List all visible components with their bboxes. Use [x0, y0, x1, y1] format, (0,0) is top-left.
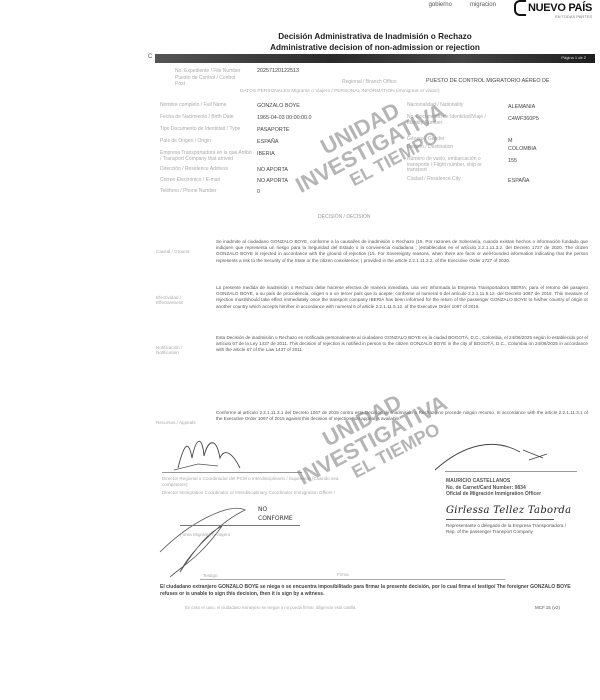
personal-field-value: 1965-04-03 00:00:00.0 — [257, 115, 312, 121]
coordinator-signature-line — [162, 472, 302, 473]
officer-signature-line — [445, 471, 577, 472]
witness-line — [200, 579, 505, 580]
logo-subtitle: EN TODAS PARTES — [555, 14, 592, 19]
personal-field-label: Teléfono / Phone Number — [160, 189, 252, 195]
page-number: Página 1 de 2 — [561, 55, 586, 60]
transport-rep-signature: Girlessa Tellez Taborda — [446, 505, 571, 516]
personal-field-label: Fecha de Nacimiento / Birth Date — [160, 115, 252, 121]
personal-field-label: Correo Electrónico / E-mail — [160, 178, 252, 184]
gov-logo: gobierno — [429, 2, 452, 8]
personal-field-value: ESPAÑA — [508, 178, 529, 184]
form-code: MCF.15 (v2) — [535, 605, 560, 610]
personal-field-value: 0 — [257, 189, 260, 195]
watermark-1: UNIDAD INVESTIGATIVA EL TIEMPO — [282, 80, 457, 212]
section-text: Se inadmite al ciudadano GONZALO BOYE, c… — [216, 239, 588, 264]
personal-field-value: ESPAÑA — [257, 139, 278, 145]
transport-rep-block: Representante o delegado de la Empresa T… — [446, 523, 566, 535]
document-title: Decisión Administrativa de Inadmisión o … — [150, 31, 600, 53]
transport-rep-title-2: Rep. of the passenger Transport Company — [446, 529, 566, 535]
nuevo-pais-text: NUEVO PAÍS — [528, 2, 592, 14]
footer-note: En caso el caso, el ciudadano extranjero… — [185, 605, 356, 610]
control-post-label: Puesto de Control / Control Post — [175, 75, 245, 87]
personal-field-label: Dirección / Residence Address — [160, 167, 252, 173]
transport-rep-line — [446, 519, 554, 520]
handwritten-note: NO CONFORME — [258, 505, 298, 523]
section-side-label: Notificación / Notification — [156, 345, 198, 355]
section-side-label: Recursos / Appeals — [156, 420, 198, 425]
migration-logo: migracion — [470, 2, 496, 8]
witness-text: El ciudadano extranjero GONZALO BOYE se … — [160, 584, 585, 598]
section-side-label: Efectividad / Effectiveness — [156, 295, 198, 305]
personal-field-value: COLOMBIA — [508, 146, 536, 152]
witness-sign-label: Firma — [337, 572, 349, 577]
officer-signature — [425, 438, 575, 478]
witness-label: Testigo — [203, 573, 218, 578]
section-side-label: Causal / Ground — [156, 249, 198, 254]
personal-field-value: ALEMANIA — [508, 104, 535, 110]
coordinator-signature — [168, 428, 248, 478]
section-text: Esta Decisión de inadmisión o Rechazo es… — [216, 335, 588, 354]
traveler-label: Firma Migrante o Viajero — [180, 532, 230, 537]
branch-value: PUESTO DE CONTROL MIGRATORIO AÉREO DE — [426, 78, 550, 84]
branch-label: Regional / Branch Office: — [342, 79, 398, 85]
personal-field-value: PASAPORTE — [257, 127, 289, 133]
decision-title: DECISIÓN / DECISION — [318, 214, 371, 220]
personal-field-label: Empresa Transportadora en la que Arribó … — [160, 151, 252, 162]
traveler-signature-line — [180, 525, 300, 526]
personal-field-label: Ciudad / Residence City — [407, 177, 487, 183]
file-number-value: 20257120122513 — [257, 68, 299, 74]
title-en: Administrative decision of non-admission… — [150, 42, 600, 53]
personal-field-value: GONZALO BOYE — [257, 103, 300, 109]
officer-block: MAURICIO CASTELLANOS No. de Carnet/Card … — [446, 478, 541, 498]
traveler-signature — [150, 502, 260, 582]
personal-field-value: 155 — [508, 158, 517, 164]
personal-field-value: M — [508, 138, 513, 144]
title-es: Decisión Administrativa de Inadmisión o … — [150, 31, 600, 42]
officer-title: Oficial de Migración Immigration Officer — [446, 491, 541, 498]
personal-field-label: Tipo Documento de Identidad / Type — [160, 127, 252, 133]
personal-field-value: NO APORTA — [257, 178, 288, 184]
header-bar — [155, 54, 595, 63]
section-text: La presente medida de inadmisión o Recha… — [216, 285, 588, 310]
personal-field-label: País de Origen / Origin — [160, 139, 252, 145]
personal-field-value: C4WF360P5 — [508, 116, 539, 122]
personal-field-label: Nombre completo / Full Name — [160, 103, 252, 109]
watermark-2: UNIDAD INVESTIGATIVA EL TIEMPO — [284, 372, 459, 504]
file-number-label: No. Expediente / File Number — [175, 68, 245, 74]
personal-field-value: NO APORTA — [257, 167, 288, 173]
nuevo-pais-mark-icon — [514, 0, 526, 16]
personal-field-label: Número de vuelo, embarcación o transport… — [407, 157, 487, 174]
personal-field-value: IBERIA — [257, 151, 275, 157]
